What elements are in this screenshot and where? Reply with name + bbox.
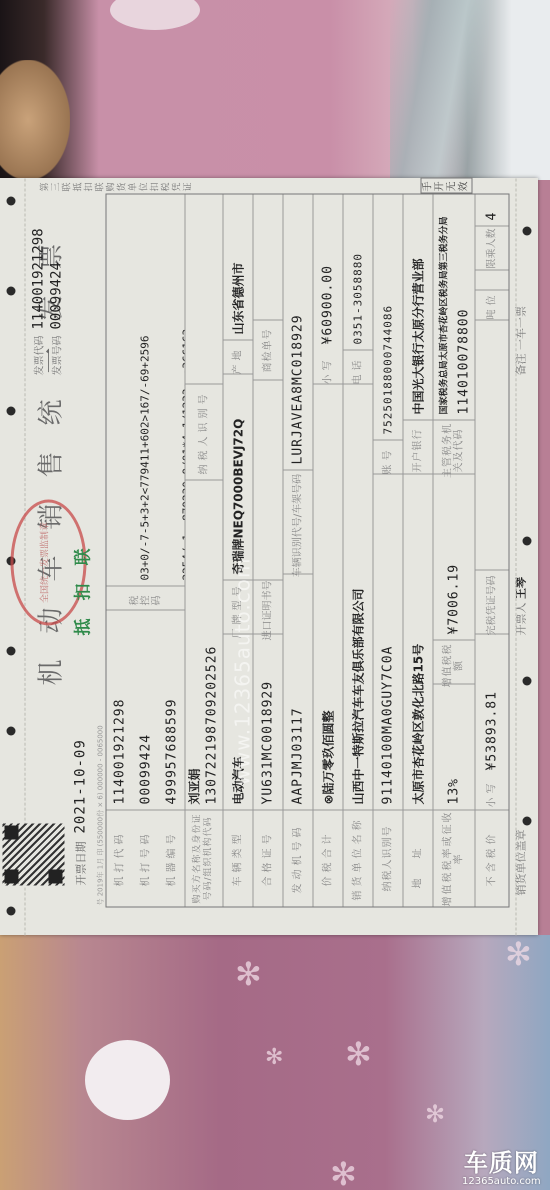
invoice-code-block: 发票代码114001921298 发票号码00099424 [30,228,66,375]
invoice-paper: 开票日期2021-10-09 机动车销售统一发票 全国统一发票监制章 抵扣联 发… [0,178,538,935]
white-ball [110,0,200,30]
moon-pattern [85,1040,170,1120]
snowflake-icon: ✻ [425,1100,445,1128]
plush-toy [0,60,70,180]
vehicle-type-row: 车辆类型 电动汽车 厂牌型号 奇瑞牌NEQ7000BEVJ72Q 产地 山东省德… [222,194,253,906]
snowflake-icon: ✻ [505,935,532,973]
address-row: 地址 太原市杏花岭区敦化北路15号 开户银行 中国光大银行太原分行营业部 [402,194,433,906]
certificate-row: 合格证号 YU631MC0018929 进口证明书号 商检单号 [252,194,283,906]
seller-taxid-row: 纳税人识别号 91140100MA0GUY7C0A 账号 75250188000… [372,194,403,906]
buyer-row: 购买方名称及身份证号码/组织机构代码 刘亚娟 13072219870920252… [184,194,223,906]
background-photo-top [0,0,550,180]
snowflake-icon: ✻ [330,1155,357,1190]
copy-label: 抵扣联 [68,530,93,635]
snowflake-icon: ✻ [345,1035,372,1073]
site-logo: 车质网 12365auto.com [462,1150,541,1187]
feed-holes-bottom [522,178,532,935]
invoice-table: 机打代码 机打号码 机器编号 114001921298 00099424 499… [105,193,509,907]
handwritten-invalid-note: 手开无效 [420,177,472,193]
qr-code [2,823,64,885]
price-row: 不含税价 小写 ¥53893.81 完税凭证号码 吨位 限乘人数 4 [474,194,508,906]
print-info: 号 2019年 1月 印 (550000份 × 6) 000000 - 0065… [95,725,105,905]
site-watermark: www.12365auto.com [230,557,254,785]
copy-side-note: 第三联 抵扣联 购货单位扣税凭证 [40,179,194,191]
cipher-block: 03+0/-7-5+3+2<779411+602>167/-69+2596 22… [106,194,184,586]
total-row: 价税合计 ⊗陆万零玖佰圆整 小写 ¥60900.00 [312,194,343,906]
machine-rows: 机打代码 机打号码 机器编号 114001921298 00099424 499… [106,194,185,906]
snowflake-icon: ✻ [265,1045,283,1070]
issue-date: 开票日期2021-10-09 [72,739,88,885]
seller-row: 销货单位名称 山西中一特斯拉汽车车友俱乐部有限公司 电话 0351-305888… [342,194,373,906]
snowflake-icon: ✻ [235,955,262,993]
plastic-bag [390,0,500,180]
engine-row: 发动机号码 AAPJMJ03117 车辆识别代号/车架号码 LURJAVEA8M… [282,194,313,906]
tax-row: 增值税税率或征收率 13% 增值税税额 ¥7006.19 主管税务机关及代码 国… [432,194,475,906]
perforation-line [515,178,516,935]
invoice-rotated: 开票日期2021-10-09 机动车销售统一发票 全国统一发票监制章 抵扣联 发… [0,178,538,935]
